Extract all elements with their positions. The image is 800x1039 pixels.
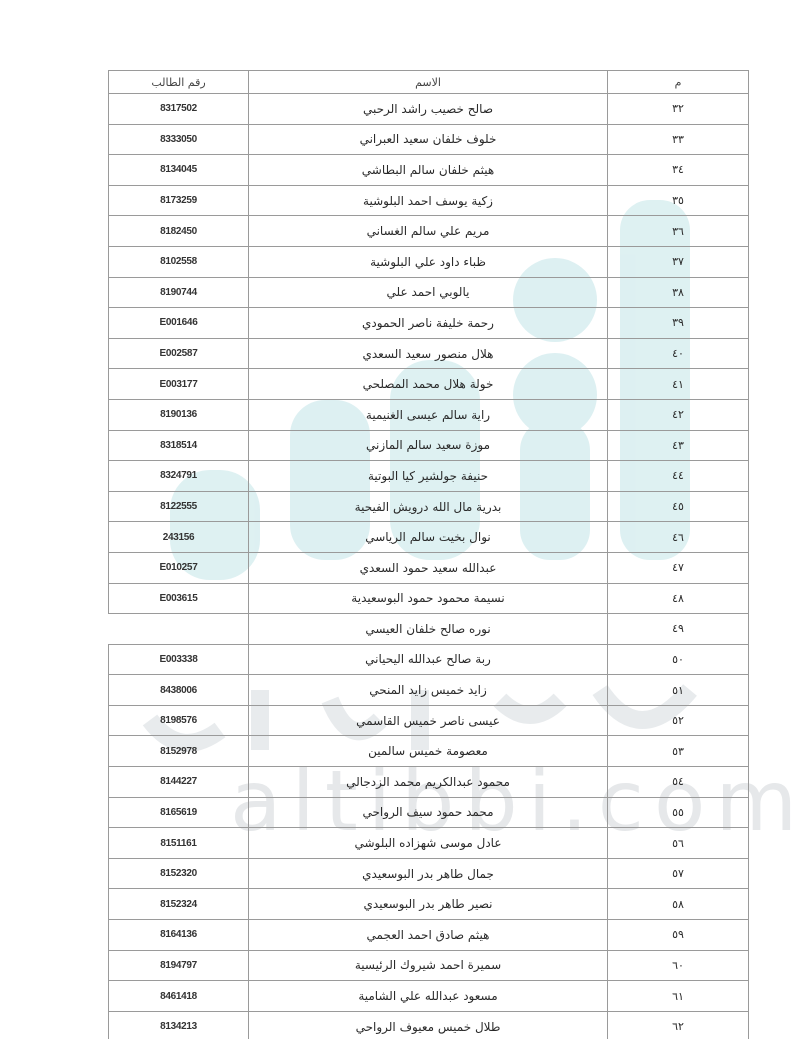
serial-number-cell: ٤٦ [608,522,749,553]
table-row: 8134045هيثم خلفان سالم البطاشي٣٤ [109,155,749,186]
header-serial: م [608,71,749,94]
student-id-cell: 8190136 [109,399,249,430]
table-row: 8190744يالوبي احمد علي٣٨ [109,277,749,308]
student-name-cell: عيسى ناصر خميس القاسمي [249,705,608,736]
student-id-cell: 243156 [109,522,249,553]
serial-number-cell: ٤٩ [608,614,749,645]
table-row: 8122555بدرية مال الله درويش الفيحية٤٥ [109,491,749,522]
student-name-cell: مريم علي سالم الغساني [249,216,608,247]
serial-number-cell: ٦٢ [608,1011,749,1039]
serial-number-cell: ٥٧ [608,858,749,889]
student-id-cell: 8152320 [109,858,249,889]
serial-number-cell: ٥٠ [608,644,749,675]
student-id-cell: 8144227 [109,767,249,798]
student-name-cell: بدرية مال الله درويش الفيحية [249,491,608,522]
student-id-cell: E003177 [109,369,249,400]
student-id-cell [109,614,249,645]
student-name-cell: يالوبي احمد علي [249,277,608,308]
student-name-cell: هيثم صادق احمد العجمي [249,920,608,951]
table-header-row: رقم الطالب الاسم م [109,71,749,94]
serial-number-cell: ٣٤ [608,155,749,186]
header-name: الاسم [249,71,608,94]
student-id-cell: 8182450 [109,216,249,247]
student-name-cell: هلال منصور سعيد السعدي [249,338,608,369]
student-name-cell: نوال بخيت سالم الرياسي [249,522,608,553]
serial-number-cell: ٥٤ [608,767,749,798]
table-row: 8134213طلال خميس معيوف الرواحي٦٢ [109,1011,749,1039]
student-id-cell: 8190744 [109,277,249,308]
student-name-cell: محمد حمود سيف الرواحي [249,797,608,828]
table-row: 8333050خلوف خلفان سعيد العبراني٣٣ [109,124,749,155]
table-row: 8151161عادل موسى شهزاده البلوشي٥٦ [109,828,749,859]
student-name-cell: سميرة احمد شيروك الرئيسية [249,950,608,981]
student-name-cell: نصير طاهر بدر البوسعيدي [249,889,608,920]
table-row: 8317502صالح خصيب راشد الرحبي٣٢ [109,94,749,125]
table-row: 8102558ظباء داود علي البلوشية٣٧ [109,246,749,277]
table-row: 243156نوال بخيت سالم الرياسي٤٦ [109,522,749,553]
student-name-cell: رحمة خليفة ناصر الحمودي [249,308,608,339]
student-name-cell: صالح خصيب راشد الرحبي [249,94,608,125]
student-id-cell: E002587 [109,338,249,369]
serial-number-cell: ٥٥ [608,797,749,828]
student-id-cell: 8318514 [109,430,249,461]
student-id-cell: 8333050 [109,124,249,155]
serial-number-cell: ٤٥ [608,491,749,522]
serial-number-cell: ٤٨ [608,583,749,614]
serial-number-cell: ٤٠ [608,338,749,369]
serial-number-cell: ٤٣ [608,430,749,461]
student-name-cell: موزة سعيد سالم المازني [249,430,608,461]
student-name-cell: نوره صالح خلفان العيسي [249,614,608,645]
student-id-cell: 8134045 [109,155,249,186]
student-name-cell: طلال خميس معيوف الرواحي [249,1011,608,1039]
table-row: E003177خولة هلال محمد المصلحي٤١ [109,369,749,400]
student-name-cell: ربة صالح عبدالله اليحياني [249,644,608,675]
student-name-cell: زايد خميس زايد المنحي [249,675,608,706]
table-row: 8165619محمد حمود سيف الرواحي٥٥ [109,797,749,828]
student-id-cell: 8198576 [109,705,249,736]
serial-number-cell: ٣٥ [608,185,749,216]
student-name-cell: خولة هلال محمد المصلحي [249,369,608,400]
table-row: 8324791حنيفة جولشير كيا البوتية٤٤ [109,461,749,492]
table-row: 8318514موزة سعيد سالم المازني٤٣ [109,430,749,461]
student-name-cell: زكية يوسف احمد البلوشية [249,185,608,216]
table-row: نوره صالح خلفان العيسي٤٩ [109,614,749,645]
table-row: 8461418مسعود عبدالله علي الشامية٦١ [109,981,749,1012]
serial-number-cell: ٣٦ [608,216,749,247]
student-id-cell: 8122555 [109,491,249,522]
table-row: 8152978معصومة خميس سالمين٥٣ [109,736,749,767]
serial-number-cell: ٤٧ [608,552,749,583]
serial-number-cell: ٤١ [608,369,749,400]
student-id-cell: E001646 [109,308,249,339]
serial-number-cell: ٣٣ [608,124,749,155]
serial-number-cell: ٣٨ [608,277,749,308]
student-name-cell: نسيمة محمود حمود البوسعيدية [249,583,608,614]
student-id-cell: 8164136 [109,920,249,951]
table-row: E010257عبدالله سعيد حمود السعدي٤٧ [109,552,749,583]
student-id-cell: 8317502 [109,94,249,125]
student-id-cell: 8102558 [109,246,249,277]
table-row: E001646رحمة خليفة ناصر الحمودي٣٩ [109,308,749,339]
table-row: 8438006زايد خميس زايد المنحي٥١ [109,675,749,706]
student-id-cell: 8173259 [109,185,249,216]
table-row: 8164136هيثم صادق احمد العجمي٥٩ [109,920,749,951]
table-row: 8173259زكية يوسف احمد البلوشية٣٥ [109,185,749,216]
student-id-cell: 8151161 [109,828,249,859]
students-table: رقم الطالب الاسم م 8317502صالح خصيب راشد… [108,70,749,1039]
serial-number-cell: ٥١ [608,675,749,706]
serial-number-cell: ٣٧ [608,246,749,277]
student-name-cell: ظباء داود علي البلوشية [249,246,608,277]
serial-number-cell: ٤٢ [608,399,749,430]
serial-number-cell: ٥٨ [608,889,749,920]
table-row: E003338ربة صالح عبدالله اليحياني٥٠ [109,644,749,675]
serial-number-cell: ٤٤ [608,461,749,492]
serial-number-cell: ٣٢ [608,94,749,125]
serial-number-cell: ٦٠ [608,950,749,981]
student-name-cell: هيثم خلفان سالم البطاشي [249,155,608,186]
serial-number-cell: ٥٢ [608,705,749,736]
student-name-cell: عادل موسى شهزاده البلوشي [249,828,608,859]
table-row: 8198576عيسى ناصر خميس القاسمي٥٢ [109,705,749,736]
student-id-cell: 8165619 [109,797,249,828]
student-id-cell: 8152324 [109,889,249,920]
student-name-cell: راية سالم عيسى الغنيمية [249,399,608,430]
student-id-cell: 8134213 [109,1011,249,1039]
student-name-cell: محمود عبدالكريم محمد الزدجالي [249,767,608,798]
table-row: E002587هلال منصور سعيد السعدي٤٠ [109,338,749,369]
student-name-cell: معصومة خميس سالمين [249,736,608,767]
student-name-cell: جمال طاهر بدر البوسعيدي [249,858,608,889]
student-id-cell: 8324791 [109,461,249,492]
student-name-cell: خلوف خلفان سعيد العبراني [249,124,608,155]
student-id-cell: 8438006 [109,675,249,706]
header-student-id: رقم الطالب [109,71,249,94]
student-id-cell: 8194797 [109,950,249,981]
student-id-cell: E010257 [109,552,249,583]
serial-number-cell: ٦١ [608,981,749,1012]
serial-number-cell: ٥٩ [608,920,749,951]
student-id-cell: 8461418 [109,981,249,1012]
table-row: 8152320جمال طاهر بدر البوسعيدي٥٧ [109,858,749,889]
table-row: E003615نسيمة محمود حمود البوسعيدية٤٨ [109,583,749,614]
table-row: 8152324نصير طاهر بدر البوسعيدي٥٨ [109,889,749,920]
table-row: 8182450مريم علي سالم الغساني٣٦ [109,216,749,247]
table-row: 8144227محمود عبدالكريم محمد الزدجالي٥٤ [109,767,749,798]
student-id-cell: 8152978 [109,736,249,767]
serial-number-cell: ٥٣ [608,736,749,767]
student-name-cell: حنيفة جولشير كيا البوتية [249,461,608,492]
student-id-cell: E003338 [109,644,249,675]
serial-number-cell: ٥٦ [608,828,749,859]
table-row: 8190136راية سالم عيسى الغنيمية٤٢ [109,399,749,430]
student-name-cell: عبدالله سعيد حمود السعدي [249,552,608,583]
table-row: 8194797سميرة احمد شيروك الرئيسية٦٠ [109,950,749,981]
serial-number-cell: ٣٩ [608,308,749,339]
student-id-cell: E003615 [109,583,249,614]
student-name-cell: مسعود عبدالله علي الشامية [249,981,608,1012]
